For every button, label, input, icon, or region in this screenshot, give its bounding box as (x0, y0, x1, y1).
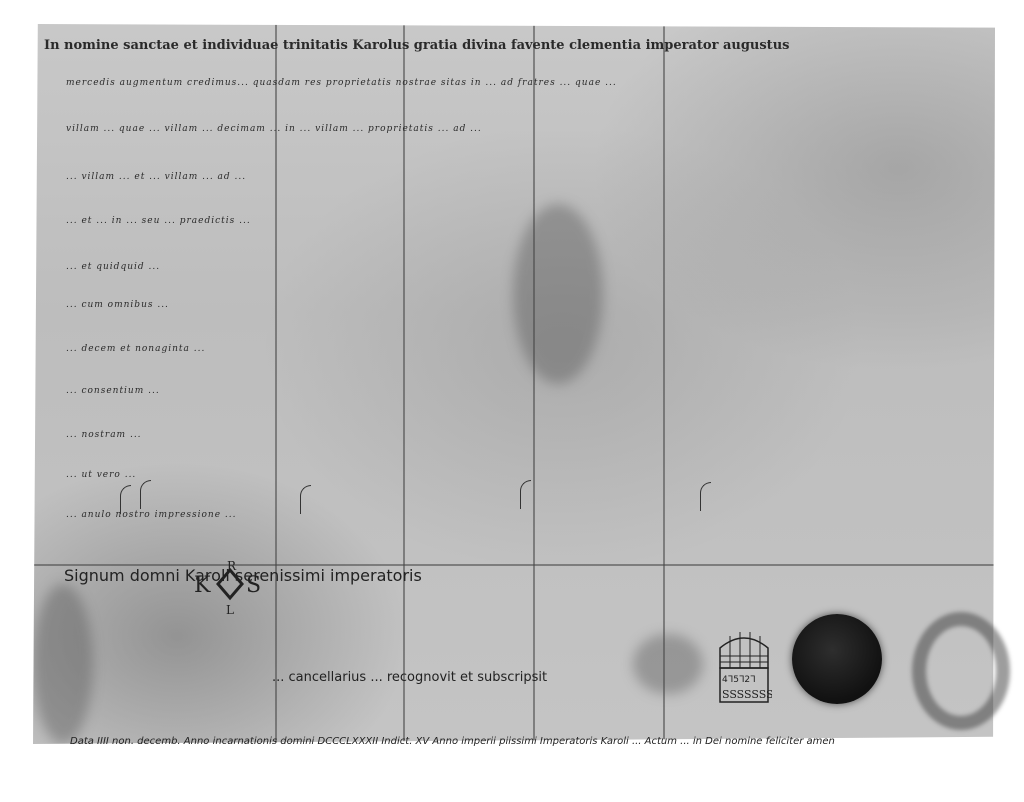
charter-line: ... et quidquid ... (66, 262, 1004, 276)
svg-text:S: S (246, 573, 261, 598)
charter-heading: In nomine sanctae et individuae trinitat… (44, 38, 1004, 58)
svg-text:K: K (194, 573, 211, 598)
chancery-line: ... cancellarius ... recognovit et subsc… (272, 670, 547, 685)
ascender-stroke (140, 480, 151, 509)
karolus-monogram-icon: R K S L (190, 558, 270, 618)
svg-text:L: L (226, 603, 234, 617)
svg-text:4ᒣ5ᒣ2ᒣ: 4ᒣ5ᒣ2ᒣ (722, 675, 756, 685)
ascender-stroke (700, 482, 711, 511)
charter-line: ... nostram ... (66, 430, 1004, 444)
svg-text:R: R (227, 559, 237, 573)
recognition-sign-icon: 4ᒣ5ᒣ2ᒣ SSSSSSS (716, 628, 772, 718)
charter-line: ... cum omnibus ... (66, 300, 1004, 314)
seal-impression-stain (912, 612, 1010, 730)
charter-line: ... et ... in ... seu ... praedictis ... (66, 216, 1004, 230)
charter-line: ... villam ... et ... villam ... ad ... (66, 172, 1004, 186)
charter-line: ... anulo nostro impressione ... (66, 510, 1004, 524)
charter-line: ... consentium ... (66, 386, 1004, 400)
ascender-stroke (520, 480, 531, 509)
dating-line: Data IIII non. decemb. Anno incarnationi… (70, 736, 835, 747)
charter-line: ... decem et nonaginta ... (66, 344, 1004, 358)
stain (633, 634, 703, 694)
ascender-stroke (120, 485, 131, 514)
wax-seal (792, 614, 882, 704)
charter-line: mercedis augmentum credimus... quasdam r… (66, 78, 1004, 92)
ascender-stroke (300, 485, 311, 514)
svg-text:SSSSSSS: SSSSSSS (722, 688, 772, 701)
charter-line: ... ut vero ... (66, 470, 1004, 484)
stain (33, 584, 93, 744)
charter-line: villam ... quae ... villam ... decimam .… (66, 124, 1004, 138)
